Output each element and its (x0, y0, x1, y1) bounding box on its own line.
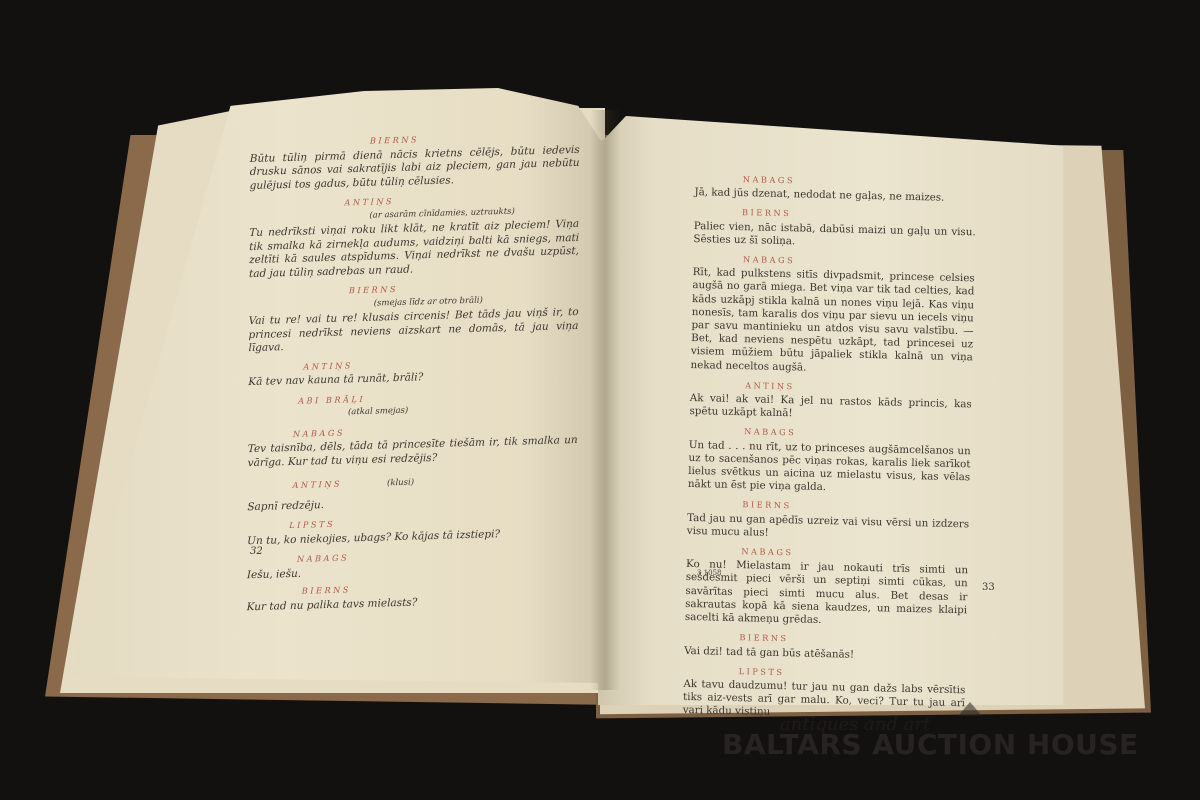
dialogue-block: NABAGS Tev taisnība, dēls, tāda tā princ… (248, 419, 578, 470)
dialogue-block: NABAGS Iešu, iešu. (247, 545, 577, 582)
dialogue-line: Un tad . . . nu rīt, uz to princeses aug… (688, 439, 971, 498)
dialogue-block: ANTIŅS Ak vai! ak vai! Ka jel nu rastos … (689, 378, 972, 425)
dialogue-block: BIERNS Būtu tūliņ pirmā dienā nācis krie… (250, 129, 580, 193)
dialogue-line: Sapnī redzēju. (247, 492, 577, 515)
dialogue-line: Paliec vien, nāc istabā, dabūsi maizi un… (693, 220, 976, 253)
dialogue-line: Vai tu re! vai tu re! klusais circenis! … (248, 306, 578, 356)
watermark-title: BALTARS AUCTION HOUSE (722, 728, 1139, 761)
dialogue-block: BIERNS (smejas līdz ar otro brāli) Vai t… (248, 278, 578, 356)
dialogue-line: Ko nu! Mielastam ir jau nokauti trīs sim… (685, 558, 968, 630)
dialogue-block: NABAGS Ko nu! Mielastam ir jau nokauti t… (685, 544, 969, 631)
dialogue-block: NABAGS Jā, kad jūs dzenat, nedodat ne ga… (694, 172, 977, 206)
dialogue-block: NABAGS Rīt, kad pulkstens sitīs divpadsm… (690, 252, 975, 378)
dialogue-block: BIERNS Vai dzi! tad tā gan būs atēšanās! (684, 630, 967, 664)
crown-icon (958, 702, 982, 716)
dialogue-block: NABAGS Un tad . . . nu rīt, uz to prince… (688, 424, 971, 497)
dialogue-block: BIERNS Tad jau nu gan apēdīs uzreiz vai … (687, 497, 970, 544)
dialogue-line: Tad jau nu gan apēdīs uzreiz vai visu vē… (687, 512, 970, 545)
dialogue-block: ANTIŅS Kā tev nav kauna tā runāt, brāli? (248, 352, 578, 389)
dialogue-block: ABI BRĀĻI (atkal smejas) (248, 386, 578, 422)
dialogue-block: BIERNS Kur tad nu palika tavs mielasts? (247, 577, 577, 614)
dialogue-line: Būtu tūliņ pirmā dienā nācis krietns cēl… (250, 143, 580, 193)
page-number-left: 32 (250, 546, 263, 557)
dialogue-line: Ak vai! ak vai! Ka jel nu rastos kāds pr… (689, 392, 972, 425)
dialogue-block: ANTIŅS (ar asarām cīnīdamies, uztraukts)… (249, 190, 579, 281)
dialogue-block: ANTIŅS (klusi) Sapnī redzēju. (247, 465, 577, 514)
dialogue-line: Rīt, kad pulkstens sitīs divpadsmit, pri… (690, 266, 974, 378)
dialogue-line: Tu nedrīksti viņai roku likt klāt, ne kr… (249, 218, 579, 281)
speaker-row: ANTIŅS (klusi) (247, 465, 577, 495)
book-gutter (590, 110, 620, 690)
left-page-text: BIERNS Būtu tūliņ pirmā dienā nācis krie… (247, 123, 580, 618)
stage-direction: (klusi) (342, 477, 414, 493)
dialogue-block: LIPSTS Un tu, ko niekojies, ubags? Ko kā… (247, 511, 577, 548)
printer-signature-mark: 3 1058 (697, 569, 722, 577)
speaker-name: ANTIŅS (247, 478, 342, 494)
page-number-right: 33 (982, 582, 995, 593)
photo-scene: BIERNS Būtu tūliņ pirmā dienā nācis krie… (0, 0, 1200, 800)
right-page-text: NABAGS Jā, kad jūs dzenat, nedodat ne ga… (683, 172, 977, 728)
dialogue-block: BIERNS Paliec vien, nāc istabā, dabūsi m… (693, 205, 976, 252)
